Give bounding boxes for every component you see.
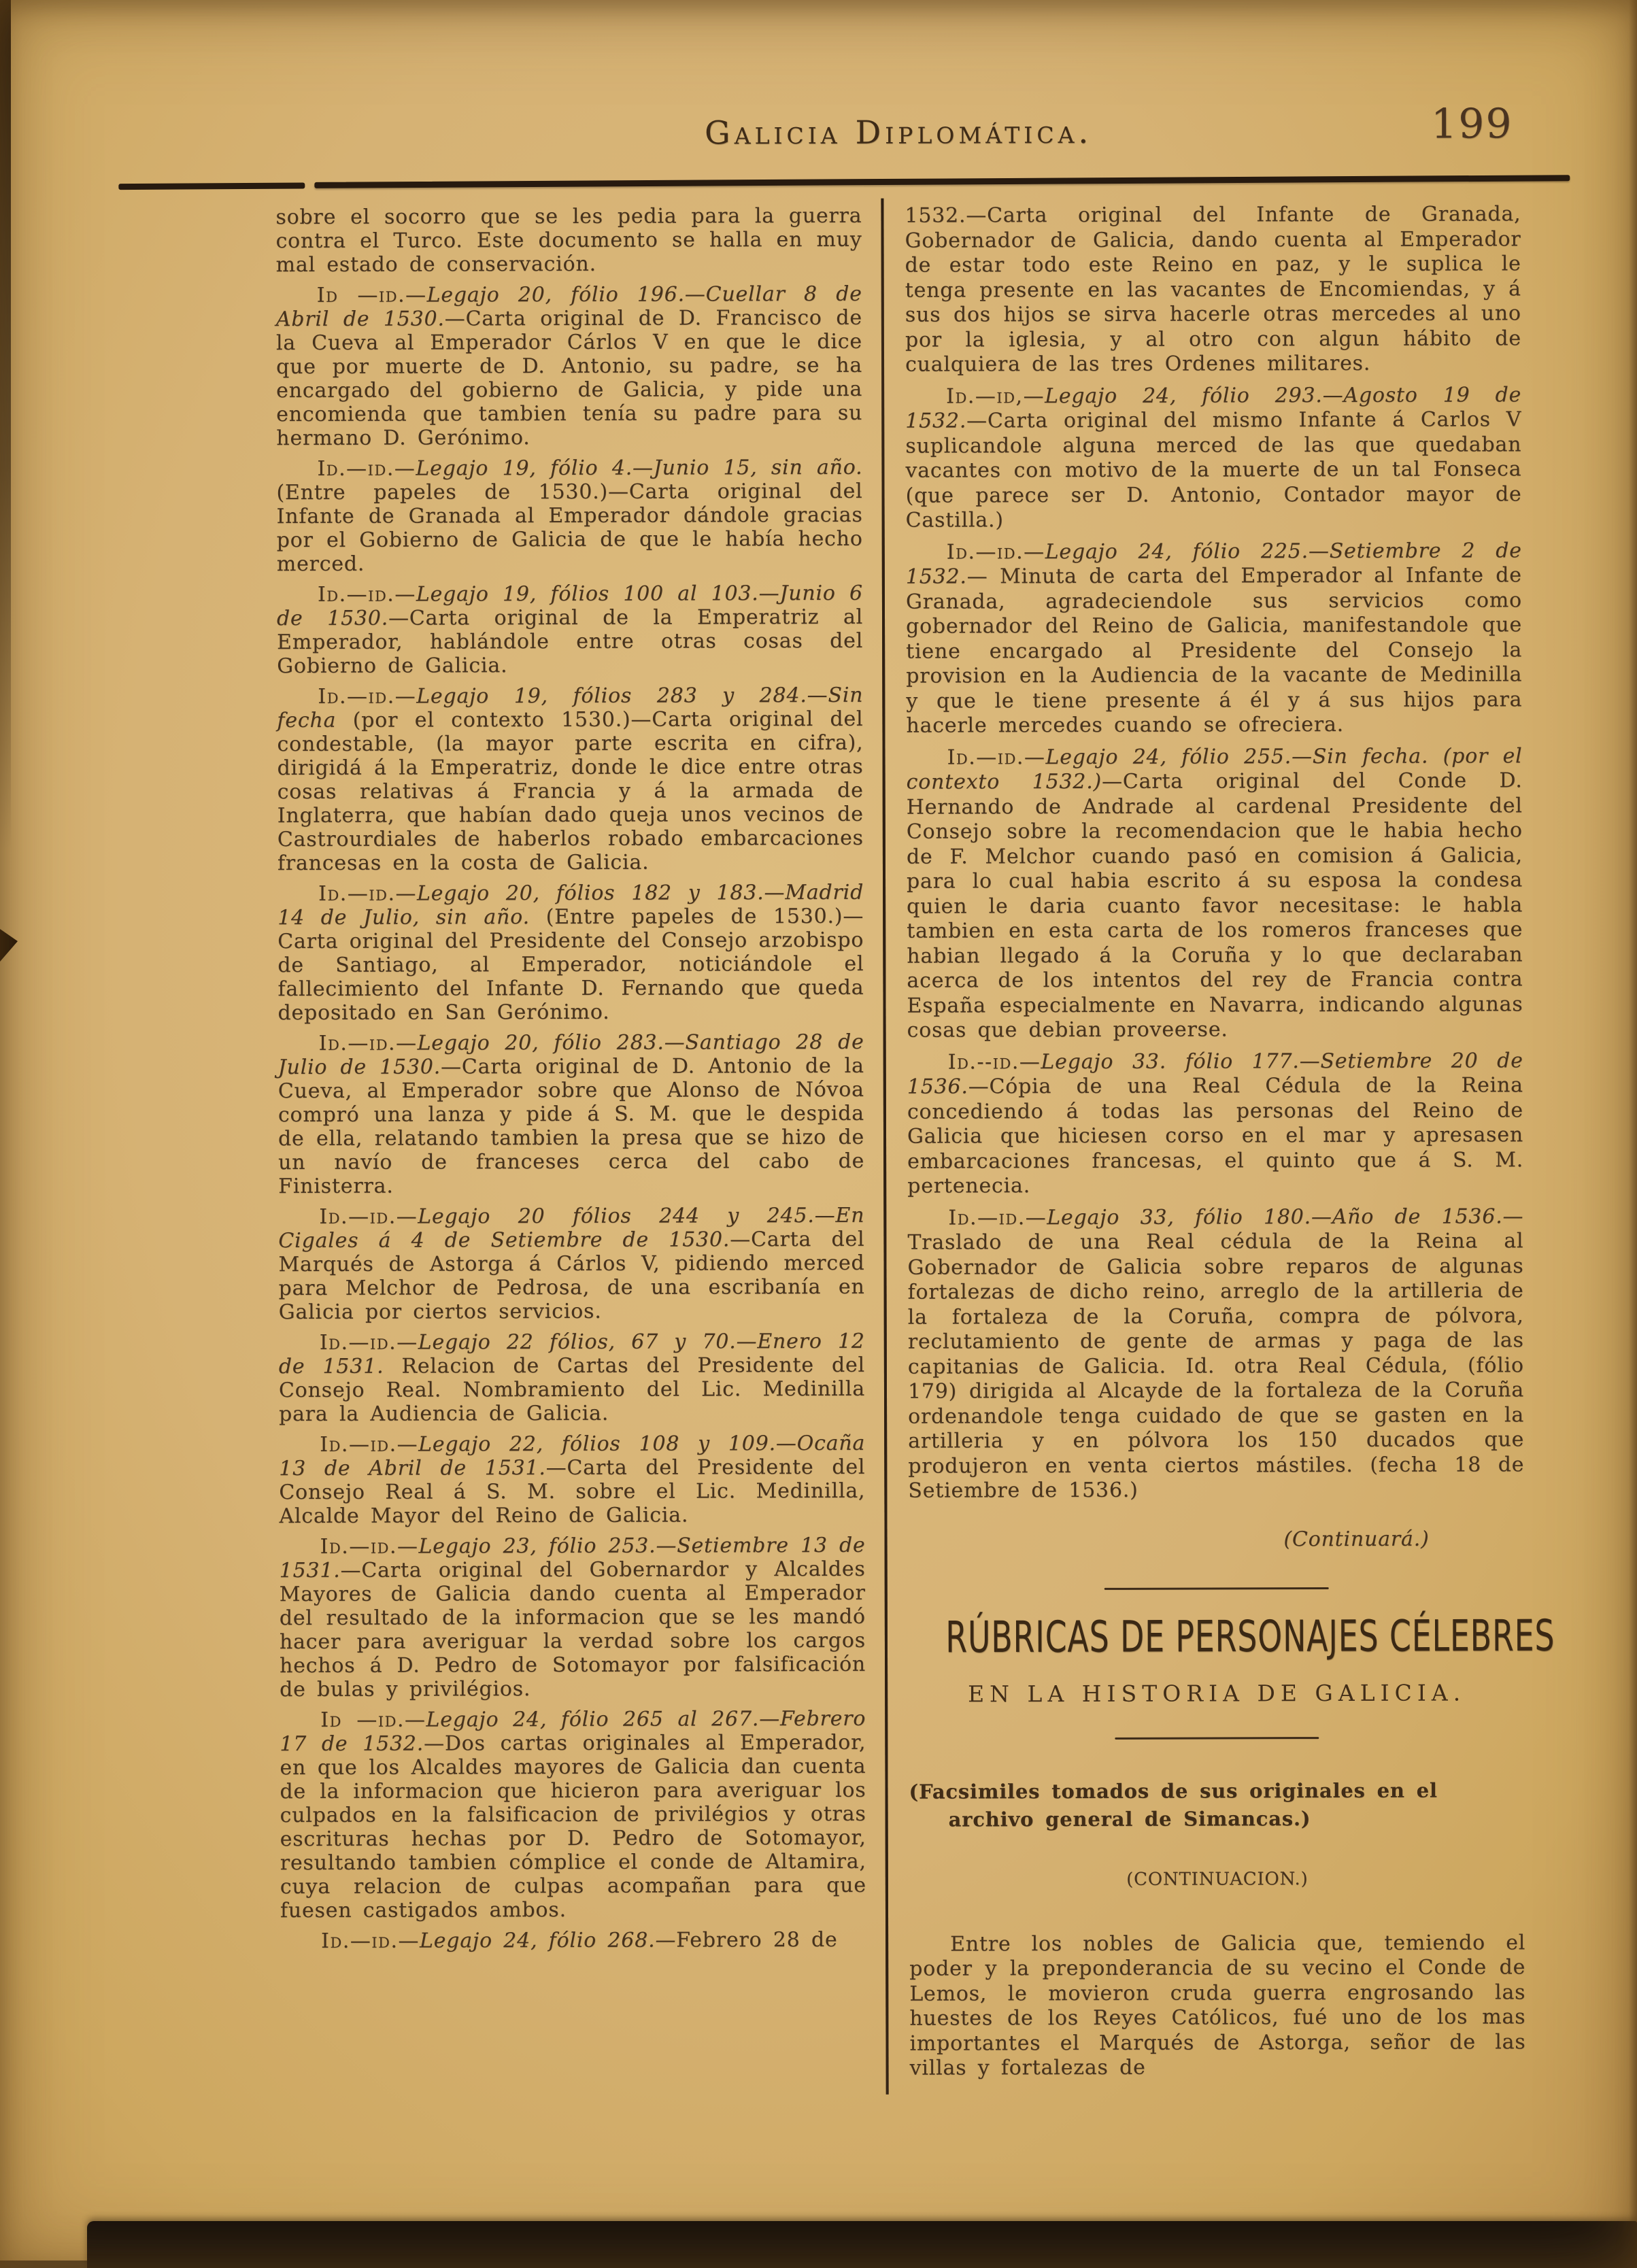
catalog-entry: Entre los nobles de Galicia que, temiend… [909,1931,1526,2081]
entry-id-label: Id.—id.— [317,457,416,481]
to-be-continued-label: (Continuará.) [909,1527,1525,1553]
paragraph: 1532.—Carta original del Infante de Gran… [905,202,1521,377]
entry-id-label: Id.—id,— [946,384,1045,408]
right-column: 1532.—Carta original del Infante de Gran… [905,202,1525,2088]
catalog-entry: Id.—id.—Legajo 20, fólio 283.—Santiago 2… [278,1030,865,1198]
entry-id-label: Id —id.— [320,1708,426,1732]
entry-reference: Legajo 19, fólio 4.—Junio 15, sin año. [416,456,862,481]
entry-text: —Dos cartas originales al Emperador, en … [280,1731,866,1923]
entry-text: —Carta original del mismo Infante á Carl… [905,407,1521,532]
catalog-entry: Id.—id,—Legajo 24, fólio 293.—Agosto 19 … [905,383,1522,533]
entry-id-label: Id.—id.— [319,1032,418,1055]
catalog-entry: Id.—id.—Legajo 24, fólio 268.—Febrero 28… [280,1928,866,1953]
section-divider-rule [1104,1587,1329,1590]
catalog-entry: Id.—id.—Legajo 24, fólio 255.—Sin fecha.… [907,744,1523,1043]
page-content: Galicia Diplomática. 199 sobre el socorr… [0,0,1637,2268]
catalog-entry: Id.—id.—Legajo 22 fólios, 67 y 70.—Enero… [279,1330,865,1426]
paragraph: sobre el socorro que se les pedia para l… [275,204,862,277]
catalog-entry: Id.--id.—Legajo 33. fólio 177.—Setiembre… [907,1049,1524,1199]
entry-id-label: Id.—id.— [320,1331,418,1355]
entry-id-label: Id.--id.— [948,1050,1041,1074]
entry-text: —Carta original del Gobernardor y Alcald… [280,1557,866,1702]
catalog-entry: Id.—id.—Legajo 19, fólio 4.—Junio 15, si… [276,456,862,576]
column-divider-rule [881,199,888,2095]
entry-text: 1532.—Carta original del Infante de Gran… [905,202,1521,376]
scan-left-edge-shadow [0,0,11,850]
catalog-entry: Id.—id.—Legajo 20, fólios 182 y 183.—Mad… [277,881,864,1025]
entry-id-label: Id.—id.— [947,540,1045,564]
section-heading: RÚBRICAS DE PERSONAJES CÉLEBRES [945,1621,1487,1653]
entry-text: sobre el socorro que se les pedia para l… [275,204,862,277]
entry-text: —Cópia de una Real Cédula de la Reina co… [907,1073,1523,1198]
entry-text: — Minuta de carta del Emperador al Infan… [906,563,1522,737]
entry-id-label: Id.—id.— [947,745,1046,769]
catalog-entry: Id.—id.—Legajo 19, fólios 100 al 103.—Ju… [277,581,863,678]
facsimile-note: (Facsimiles tomados de sus originales en… [909,1776,1525,1833]
catalog-entry: Id —id.—Legajo 20, fólio 196.—Cuellar 8 … [276,282,863,450]
entry-reference: Legajo 33, fólio 180.—Año de 1536.— [1047,1204,1523,1230]
entry-text: Entre los nobles de Galicia que, temiend… [909,1931,1525,2080]
catalog-entry: Id.—id.—Legajo 22, fólios 108 y 109.—Oca… [279,1432,865,1528]
scan-right-edge-shadow [1629,0,1637,2268]
entry-id-label: Id.—id.— [318,583,416,607]
entry-id-label: Id.—id.— [948,1206,1047,1230]
continuation-label: (CONTINUACION.) [909,1866,1525,1893]
header-rule-left [118,182,305,190]
left-column: sobre el socorro que se les pedia para l… [275,204,866,1960]
catalog-entry: Id.—id.—Legajo 33, fólio 180.—Año de 153… [907,1204,1524,1504]
entry-text: Febrero 28 de [676,1928,837,1952]
entry-id-label: Id.—id.— [319,1205,418,1229]
scanned-page: Galicia Diplomática. 199 sobre el socorr… [0,0,1637,2268]
entry-id-label: Id —id.— [317,284,427,307]
page-number: 199 [1431,100,1513,148]
section-divider-rule-2 [1115,1737,1319,1740]
entry-id-label: Id.—id.— [318,685,416,709]
header-rule-right [314,175,1570,188]
entry-id-label: Id.—id.— [318,882,417,906]
entry-text: —Carta original del Conde D. Hernando de… [907,768,1523,1042]
entry-text: (por el contexto 1530.)—Carta original d… [277,707,863,875]
scan-bottom-bar [87,2221,1637,2268]
catalog-entry: Id.—id.—Legajo 19, fólios 283 y 284.—Sin… [277,683,864,875]
entry-id-label: Id.—id.— [320,1535,419,1559]
entry-id-label: Id.—id.— [320,1433,418,1457]
catalog-entry: Id.—id.—Legajo 20 fólios 244 y 245.—En C… [278,1204,864,1324]
scan-bottom-edge-line [0,2261,88,2268]
catalog-entry: Id.—id.—Legajo 23, fólio 253.—Setiembre … [280,1534,866,1702]
catalog-entry: Id.—id.—Legajo 24, fólio 225.—Setiembre … [906,539,1523,739]
entry-id-label: Id.—id.— [321,1929,420,1953]
entry-text: Traslado de una Real cédula de la Reina … [907,1229,1524,1502]
publication-title: Galicia Diplomática. [705,114,1092,152]
scan-ink-mark [0,929,18,962]
section-subheading: EN LA HISTORIA DE GALICIA. [909,1680,1525,1707]
catalog-entry: Id —id.—Legajo 24, fólio 265 al 267.—Feb… [280,1707,866,1923]
entry-reference: Legajo 24, fólio 268.— [420,1929,676,1953]
entry-text: (Entre papeles de 1530.)—Carta original … [276,479,862,576]
